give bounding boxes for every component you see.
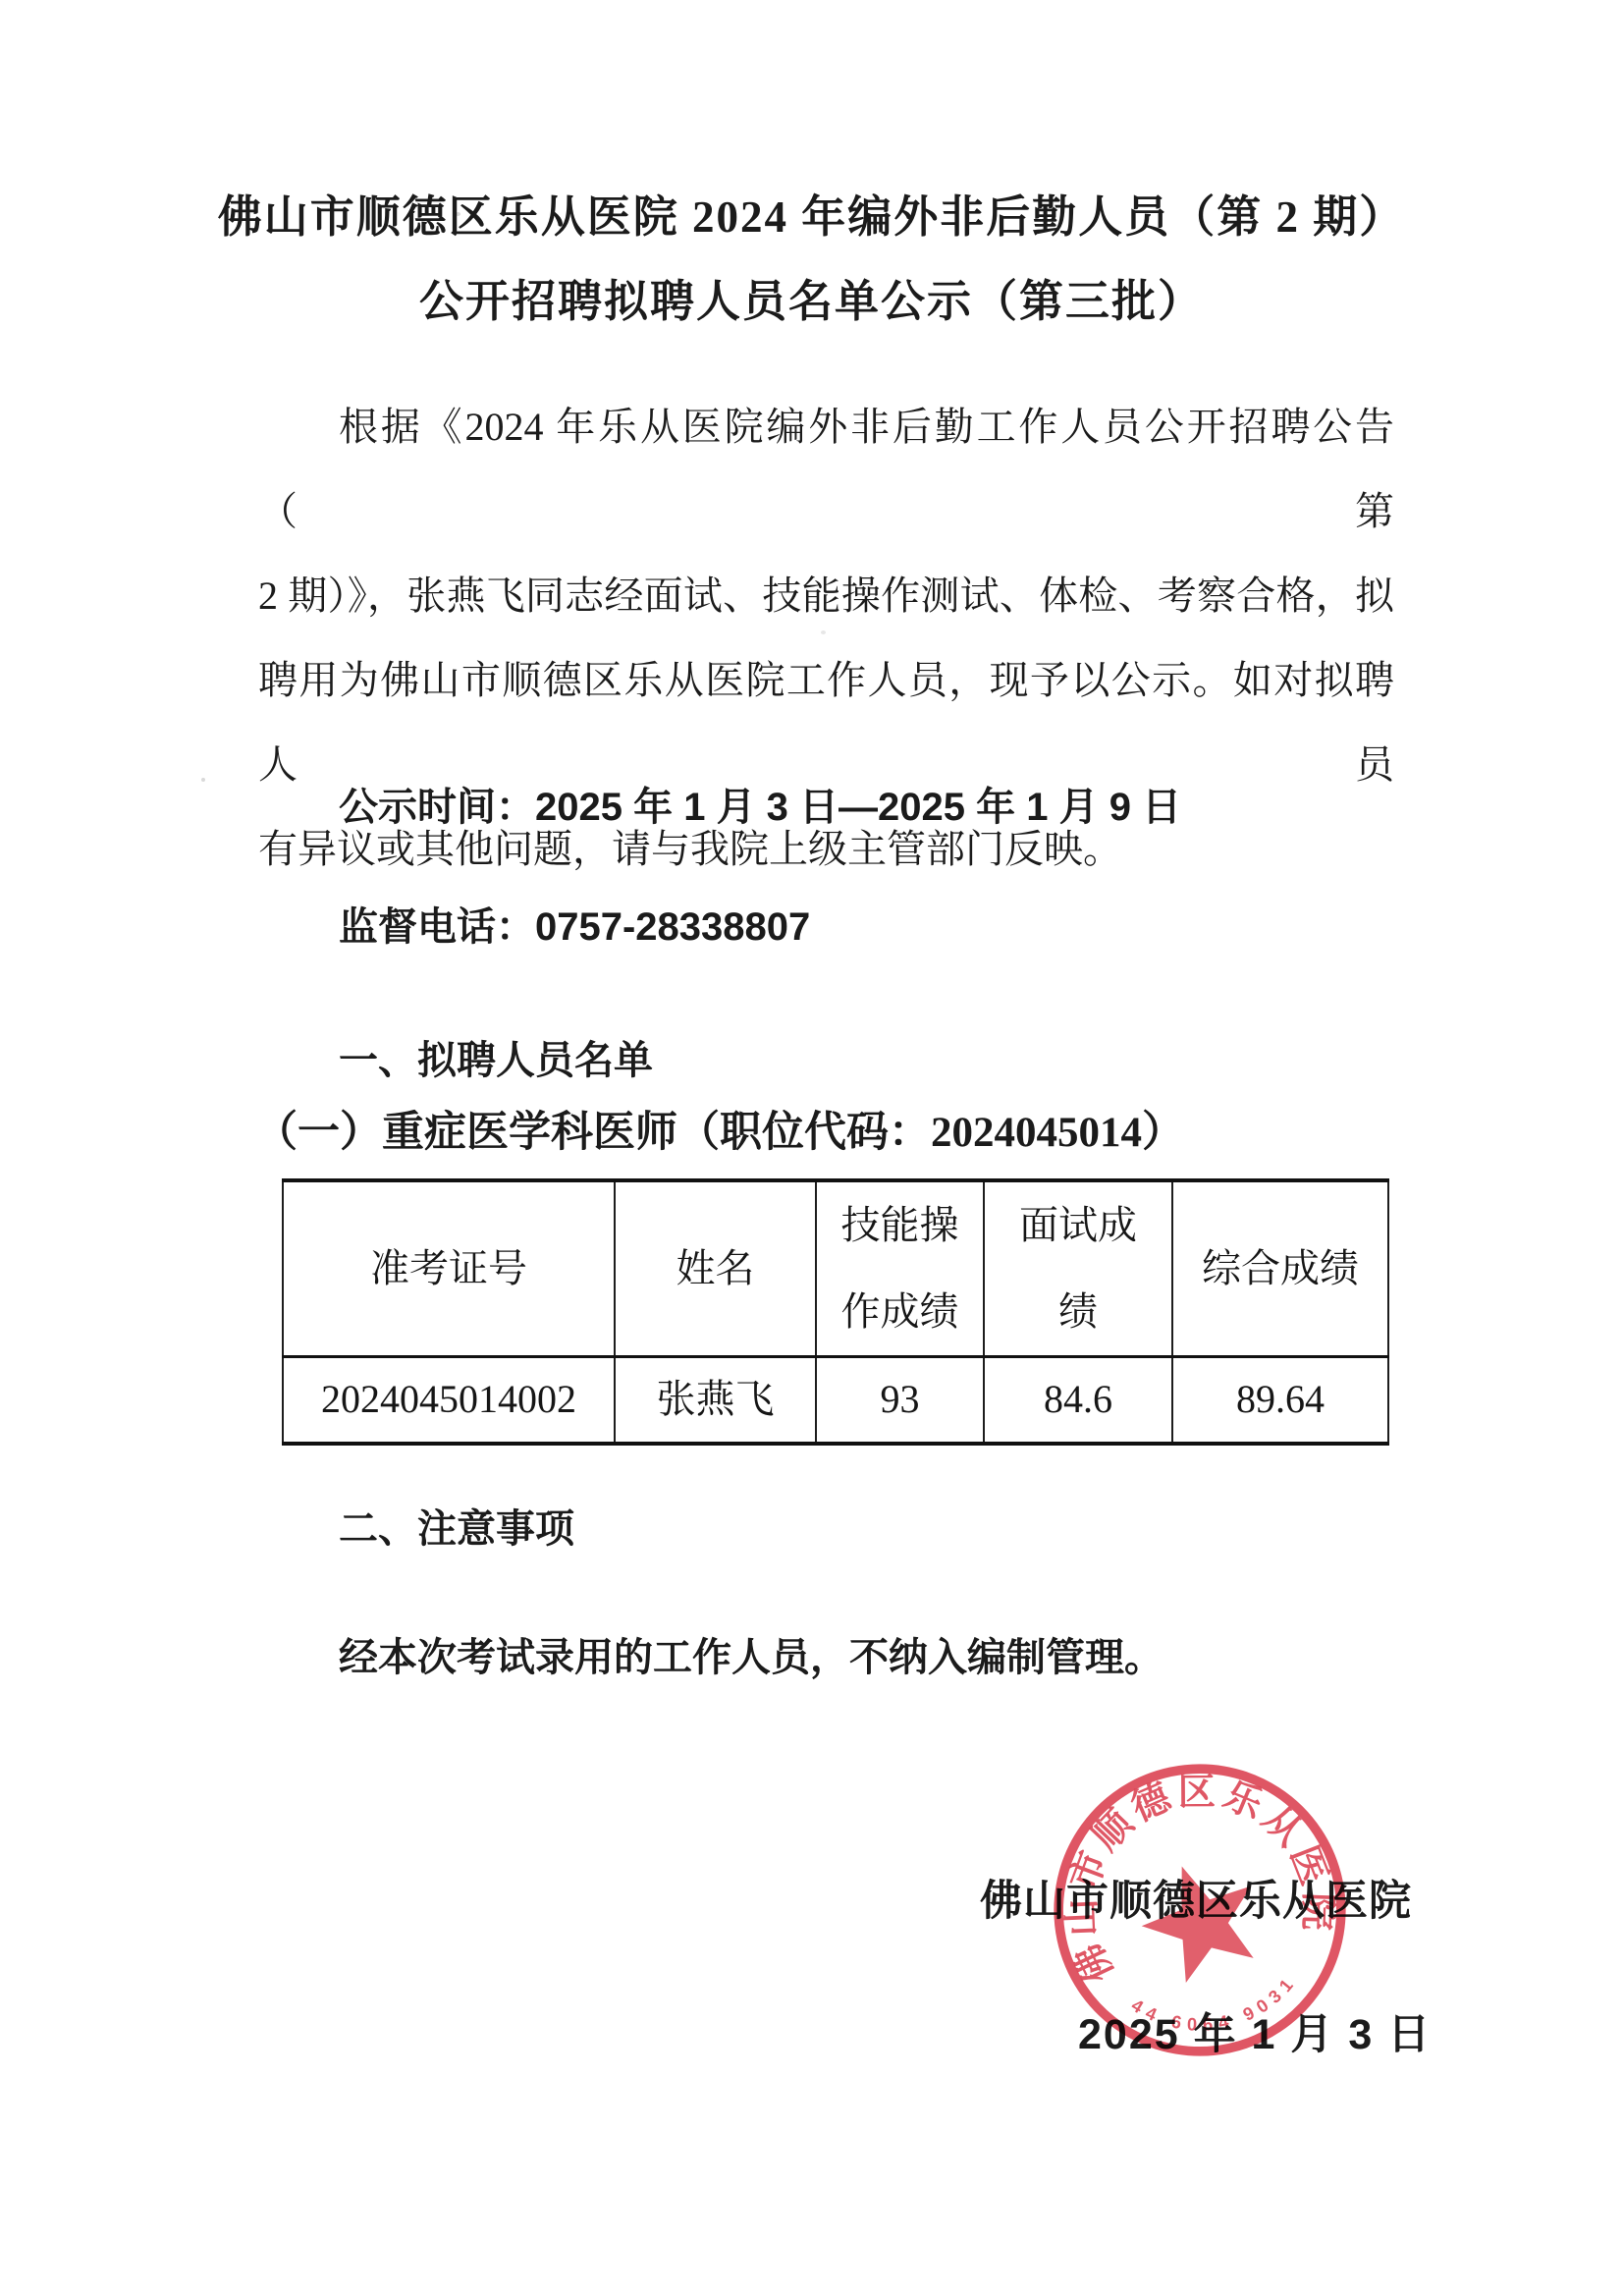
- col-header-skill-score: 技能操 作成绩: [816, 1180, 984, 1357]
- col-header-exam-id: 准考证号: [283, 1180, 615, 1357]
- title-line-1: 佛山市顺德区乐从医院 2024 年编外非后勤人员（第 2 期）: [0, 175, 1623, 259]
- issue-date: 2025 年 1 月 3 日: [1078, 2005, 1432, 2064]
- paragraph-line: 根据《2024 年乐从医院编外非后勤工作人员公开招聘公告（第: [258, 385, 1394, 554]
- supervision-phone: 监督电话：0757-28338807: [258, 898, 1394, 957]
- cell-skill-score: 93: [816, 1357, 984, 1444]
- col-header-composite-score: 综合成绩: [1172, 1180, 1388, 1357]
- position-heading: （一）重症医学科医师（职位代码：2024045014）: [255, 1104, 1434, 1163]
- paragraph-line: 2 期）》，张燕飞同志经面试、技能操作测试、体检、考察合格，拟: [258, 554, 1394, 638]
- document-title: 佛山市顺德区乐从医院 2024 年编外非后勤人员（第 2 期） 公开招聘拟聘人员…: [0, 175, 1623, 344]
- candidate-score-table: 准考证号 姓名 技能操 作成绩 面试成 绩 综合成绩 2024045014002…: [282, 1178, 1389, 1446]
- cell-name: 张燕飞: [615, 1357, 816, 1444]
- publicity-period: 公示时间：2025 年 1 月 3 日—2025 年 1 月 9 日: [258, 778, 1394, 837]
- col-header-name: 姓名: [615, 1180, 816, 1357]
- scan-speckle: [201, 778, 205, 782]
- section2-heading: 二、注意事项: [258, 1500, 1394, 1558]
- table-row: 2024045014002 张燕飞 93 84.6 89.64: [283, 1357, 1388, 1444]
- issuer-signature: 佛山市顺德区乐从医院: [980, 1872, 1412, 1931]
- col-header-interview-score: 面试成 绩: [984, 1180, 1172, 1357]
- title-line-2: 公开招聘拟聘人员名单公示（第三批）: [0, 259, 1623, 344]
- cell-interview-score: 84.6: [984, 1357, 1172, 1444]
- table-header-row: 准考证号 姓名 技能操 作成绩 面试成 绩 综合成绩: [283, 1180, 1388, 1357]
- cell-composite-score: 89.64: [1172, 1357, 1388, 1444]
- section1-heading: 一、拟聘人员名单: [258, 1031, 1394, 1090]
- document-page: 佛山市顺德区乐从医院 2024 年编外非后勤人员（第 2 期） 公开招聘拟聘人员…: [0, 0, 1623, 2296]
- note-text: 经本次考试录用的工作人员，不纳入编制管理。: [258, 1628, 1394, 1687]
- cell-exam-id: 2024045014002: [283, 1357, 615, 1444]
